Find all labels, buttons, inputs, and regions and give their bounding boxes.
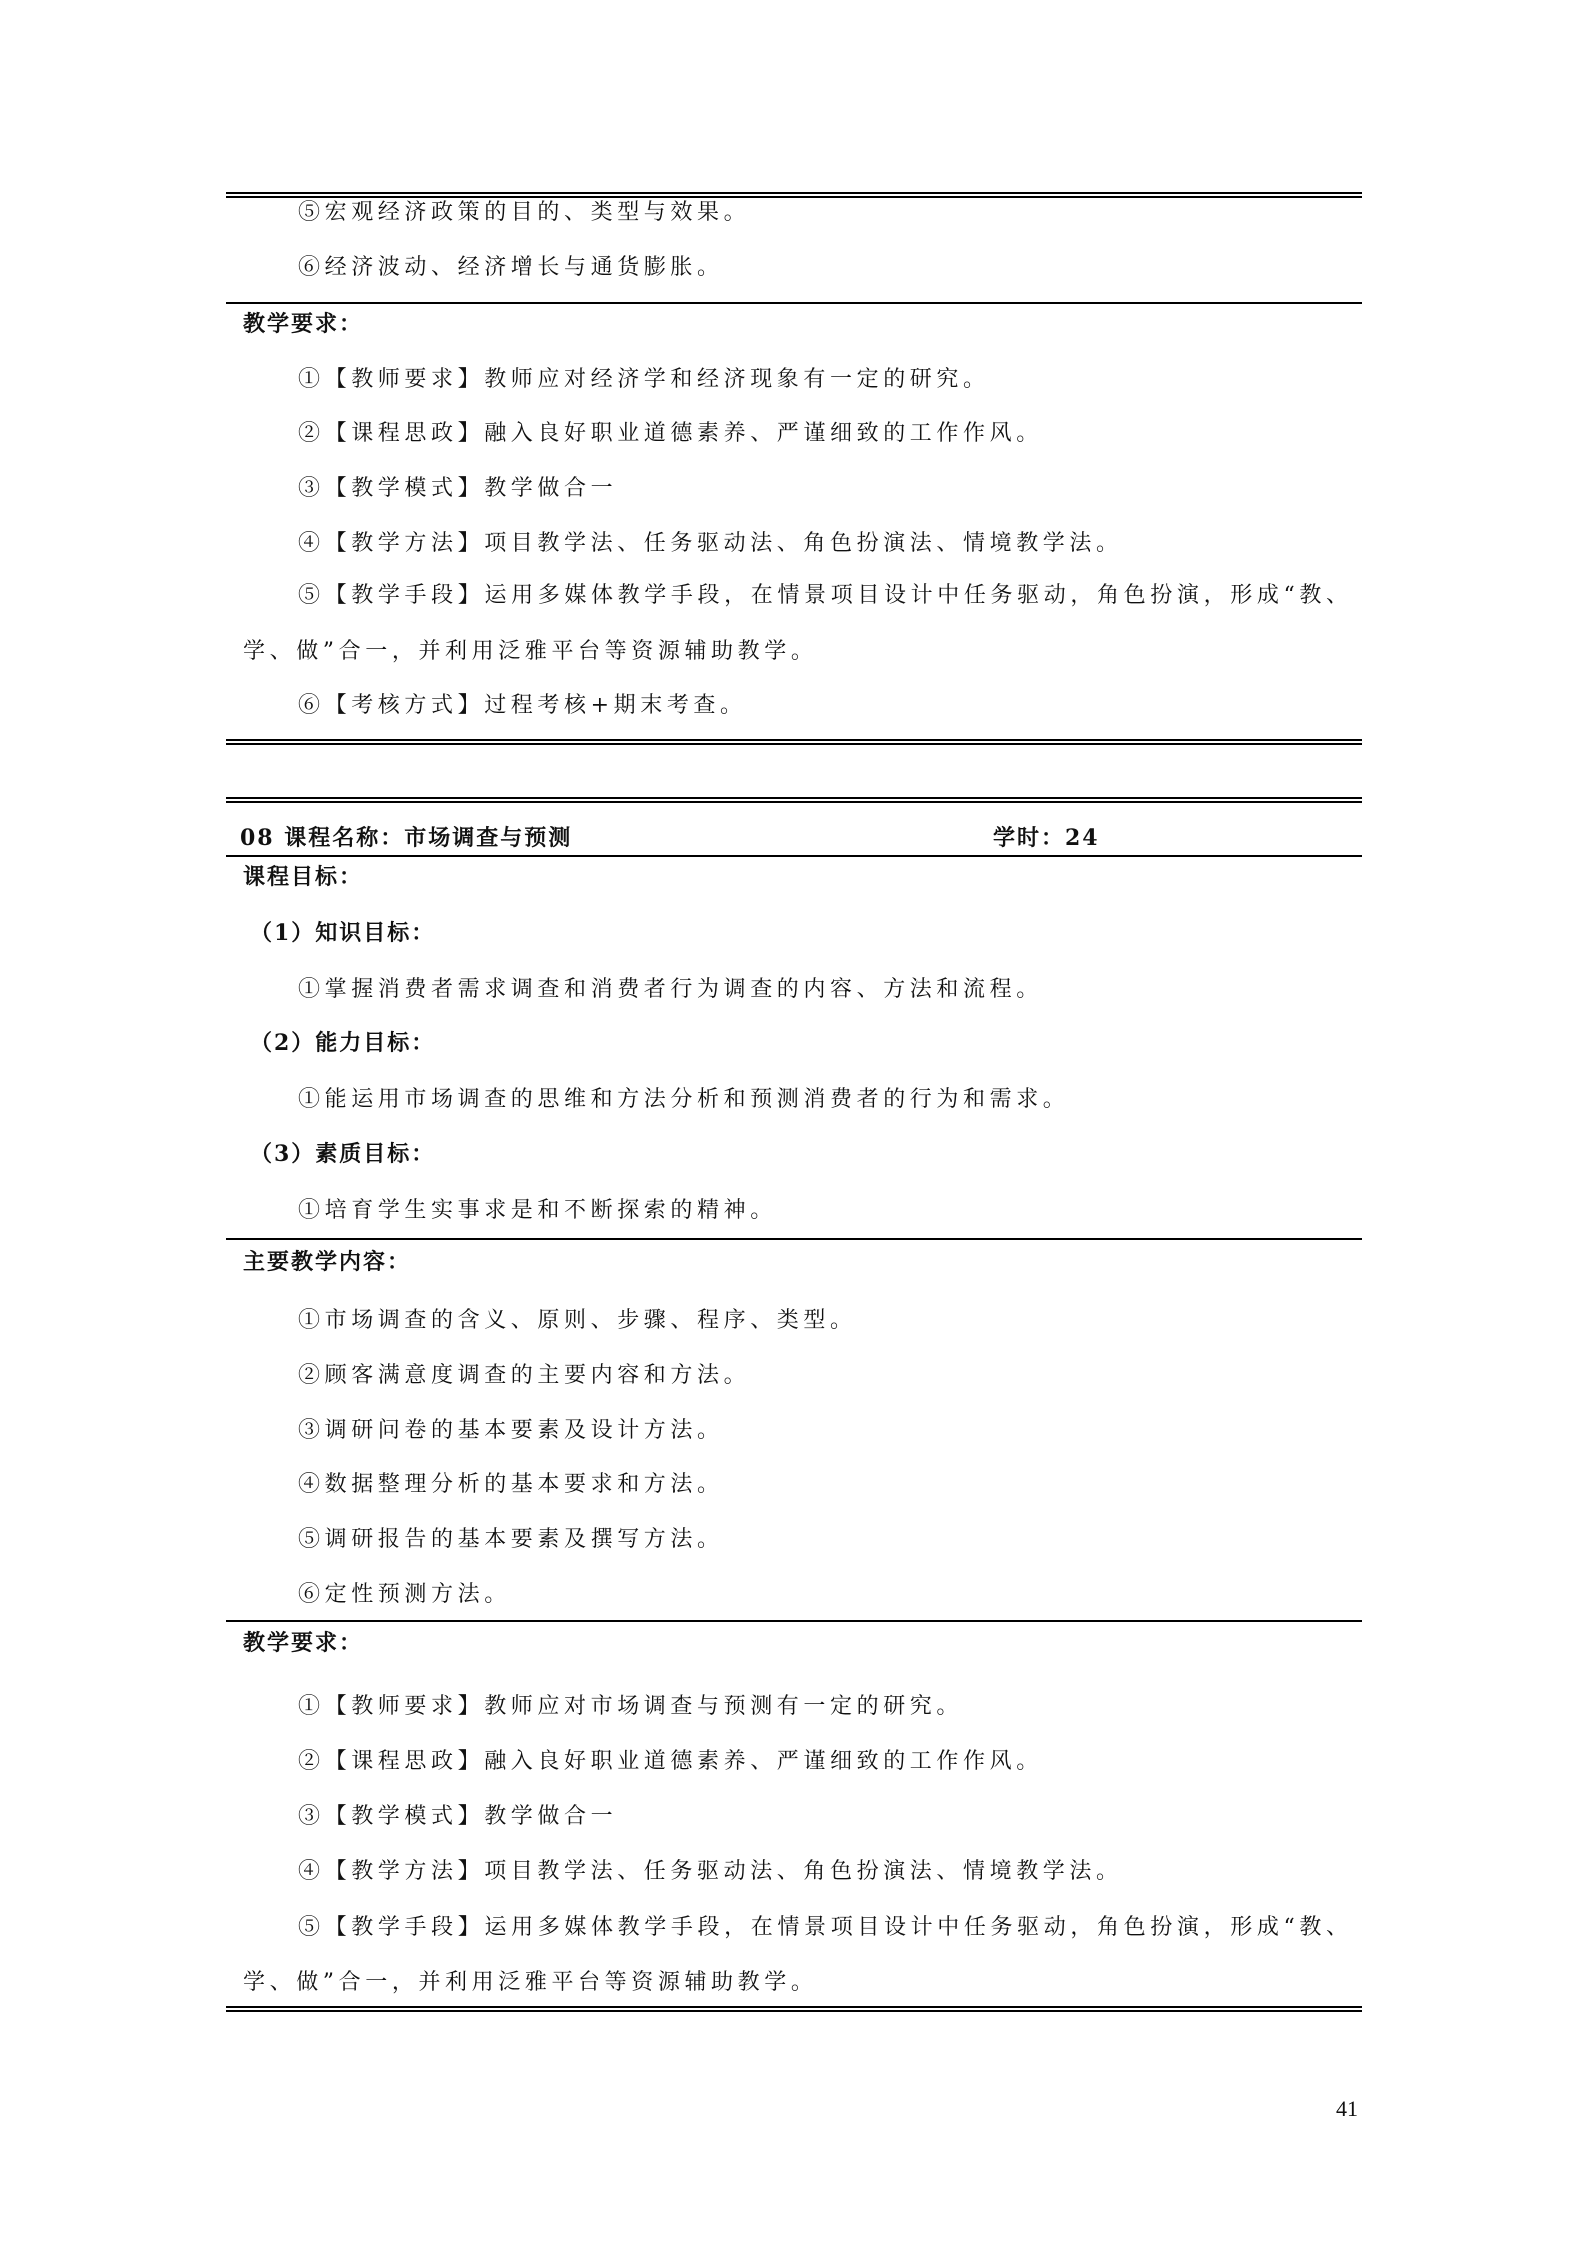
content-item: ⑥定性预测方法。 <box>298 1580 511 1610</box>
section-divider <box>226 302 1362 304</box>
course-name: 08 课程名称：市场调查与预测 <box>240 823 572 853</box>
requirements-heading: 教学要求： <box>243 1628 363 1658</box>
page-number: 41 <box>1336 2096 1358 2122</box>
requirement-item-continuation: 学、做”合一，并利用泛雅平台等资源辅助教学。 <box>243 1968 817 1998</box>
knowledge-objective-heading: （1）知识目标： <box>250 918 435 948</box>
table-top-double-rule <box>226 797 1362 803</box>
section-divider <box>226 855 1362 857</box>
requirement-item: ①【教师要求】教师应对市场调查与预测有一定的研究。 <box>298 1692 963 1722</box>
section-divider <box>226 1620 1362 1622</box>
requirement-item: ⑤【教学手段】运用多媒体教学手段，在情景项目设计中任务驱动，角色扮演，形成“教、 <box>298 581 1348 611</box>
objective-item: ①能运用市场调查的思维和方法分析和预测消费者的行为和需求。 <box>298 1085 1069 1115</box>
content-item: ④数据整理分析的基本要求和方法。 <box>298 1470 724 1500</box>
content-item: ⑤宏观经济政策的目的、类型与效果。 <box>298 198 750 228</box>
content-item: ③调研问卷的基本要素及设计方法。 <box>298 1416 724 1446</box>
section-divider <box>226 1238 1362 1240</box>
objective-item: ①培育学生实事求是和不断探索的精神。 <box>298 1196 777 1226</box>
requirement-item: ③【教学模式】教学做合一 <box>298 474 617 504</box>
table-bottom-double-rule <box>226 2006 1362 2012</box>
objective-item: ①掌握消费者需求调查和消费者行为调查的内容、方法和流程。 <box>298 975 1043 1005</box>
content-item: ⑤调研报告的基本要素及撰写方法。 <box>298 1525 724 1555</box>
content-item: ⑥经济波动、经济增长与通货膨胀。 <box>298 253 724 283</box>
quality-objective-heading: （3）素质目标： <box>250 1139 435 1169</box>
requirement-item-continuation: 学、做”合一，并利用泛雅平台等资源辅助教学。 <box>243 637 817 667</box>
requirement-item: ③【教学模式】教学做合一 <box>298 1802 617 1832</box>
course-hours: 学时：24 <box>993 823 1100 853</box>
requirement-item: ①【教师要求】教师应对经济学和经济现象有一定的研究。 <box>298 365 990 395</box>
requirement-item: ②【课程思政】融入良好职业道德素养、严谨细致的工作作风。 <box>298 1747 1043 1777</box>
content-item: ①市场调查的含义、原则、步骤、程序、类型。 <box>298 1306 857 1336</box>
requirement-item: ⑤【教学手段】运用多媒体教学手段，在情景项目设计中任务驱动，角色扮演，形成“教、 <box>298 1913 1348 1943</box>
requirement-item: ④【教学方法】项目教学法、任务驱动法、角色扮演法、情境教学法。 <box>298 529 1123 559</box>
requirements-heading: 教学要求： <box>243 309 363 339</box>
requirement-item: ②【课程思政】融入良好职业道德素养、严谨细致的工作作风。 <box>298 419 1043 449</box>
objectives-heading: 课程目标： <box>243 862 363 892</box>
document-page: ⑤宏观经济政策的目的、类型与效果。 ⑥经济波动、经济增长与通货膨胀。 教学要求：… <box>0 0 1587 2245</box>
content-heading: 主要教学内容： <box>243 1247 411 1277</box>
requirement-item: ④【教学方法】项目教学法、任务驱动法、角色扮演法、情境教学法。 <box>298 1857 1123 1887</box>
content-item: ②顾客满意度调查的主要内容和方法。 <box>298 1361 750 1391</box>
table-bottom-double-rule <box>226 739 1362 745</box>
requirement-item: ⑥【考核方式】过程考核+期末考查。 <box>298 691 747 721</box>
ability-objective-heading: （2）能力目标： <box>250 1028 435 1058</box>
